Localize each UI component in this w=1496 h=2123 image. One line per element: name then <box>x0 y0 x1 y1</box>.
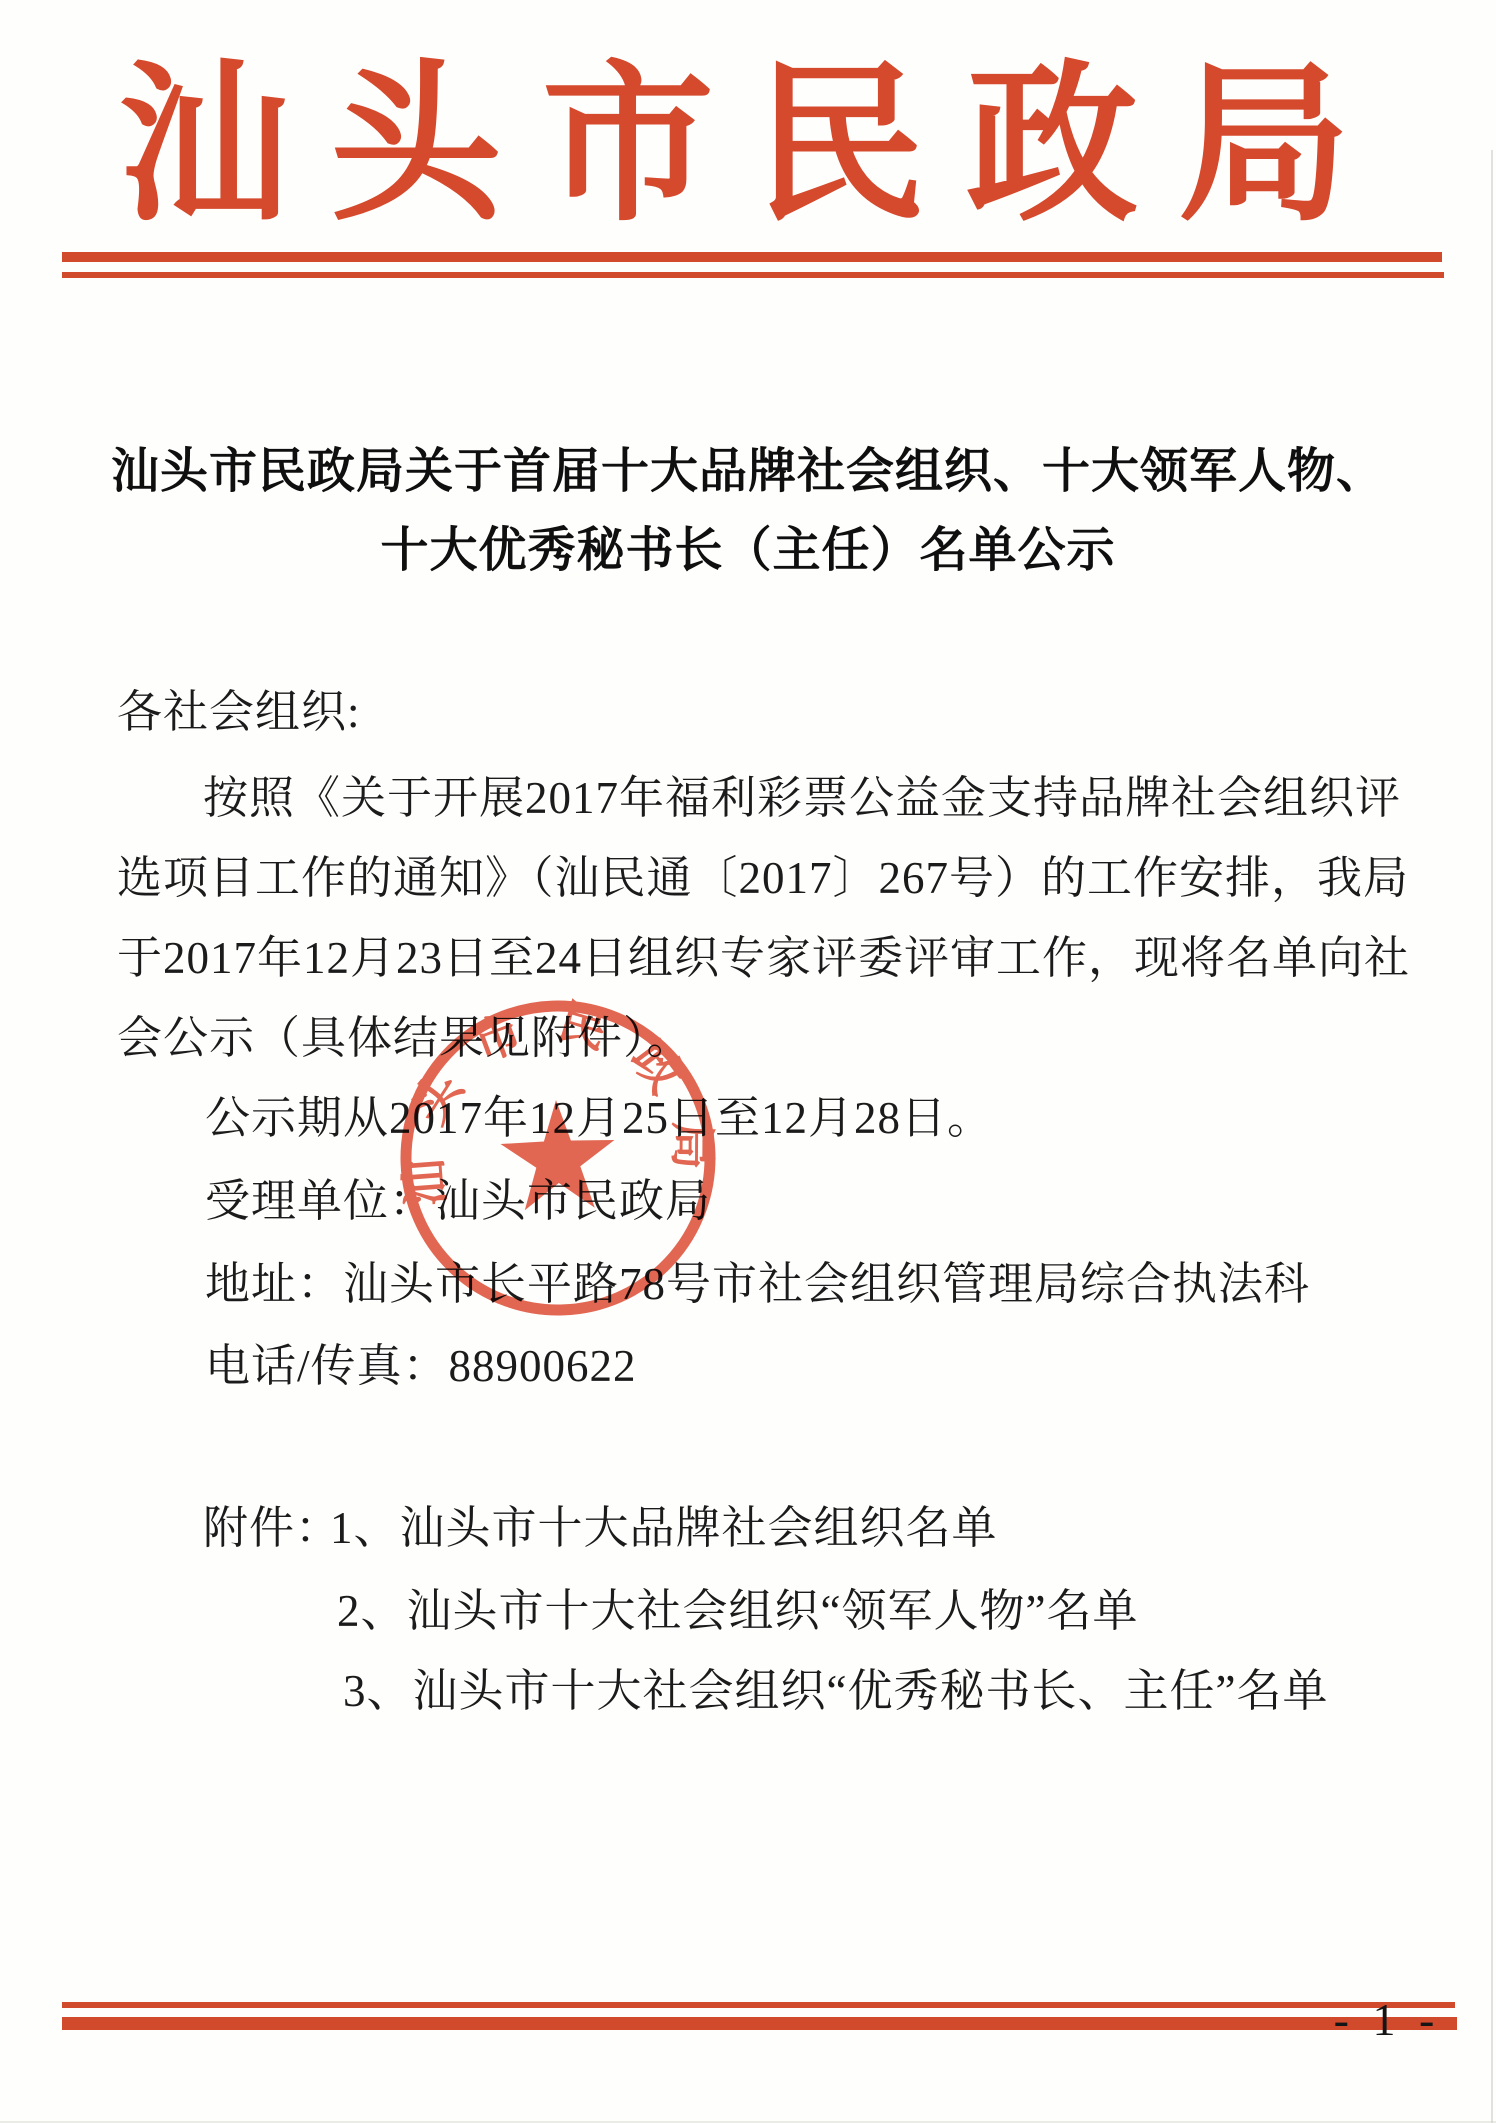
salutation: 各社会组织: <box>117 686 361 738</box>
attachment-item: 1、汕头市十大品牌社会组织名单 <box>330 1502 998 1554</box>
footer-rule-thick <box>62 2017 1457 2030</box>
document-title: 汕头市民政局关于首届十大品牌社会组织、十大领军人物、 十大优秀秘书长（主任）名单… <box>0 432 1496 590</box>
phone-fax-line: 电话/传真：88900622 <box>205 1340 637 1392</box>
paragraph-line: 按照《关于开展2017年福利彩票公益金支持品牌社会组织评 <box>203 772 1401 824</box>
official-seal-stamp: 汕头市民政局 <box>382 982 734 1334</box>
paragraph-line: 选项目工作的通知》（汕民通〔2017〕267号）的工作安排，我局 <box>117 852 1409 904</box>
document-title-line2: 十大优秀秘书长（主任）名单公示 <box>0 511 1496 590</box>
page-number: - 1 - <box>1322 1993 1452 2046</box>
document-title-line1: 汕头市民政局关于首届十大品牌社会组织、十大领军人物、 <box>0 432 1496 511</box>
address-line: 地址：汕头市长平路78号市社会组织管理局综合执法科 <box>205 1258 1310 1310</box>
letterhead-agency-name: 汕头市民政局 <box>118 52 1390 242</box>
footer-rule-thin <box>62 2002 1455 2008</box>
attachments-label: 附件： <box>203 1502 341 1554</box>
scan-edge-right <box>1491 150 1493 2123</box>
letterhead-rule-thin <box>62 272 1444 278</box>
paragraph-line: 于2017年12月23日至24日组织专家评委评审工作，现将名单向社 <box>117 932 1410 984</box>
star-icon <box>499 1098 617 1211</box>
attachment-item: 3、汕头市十大社会组织“优秀秘书长、主任”名单 <box>343 1665 1328 1717</box>
document-page: 汕头市民政局 汕头市民政局关于首届十大品牌社会组织、十大领军人物、 十大优秀秘书… <box>0 0 1496 2123</box>
letterhead-rule-thick <box>62 252 1442 262</box>
attachment-item: 2、汕头市十大社会组织“领军人物”名单 <box>337 1585 1138 1637</box>
